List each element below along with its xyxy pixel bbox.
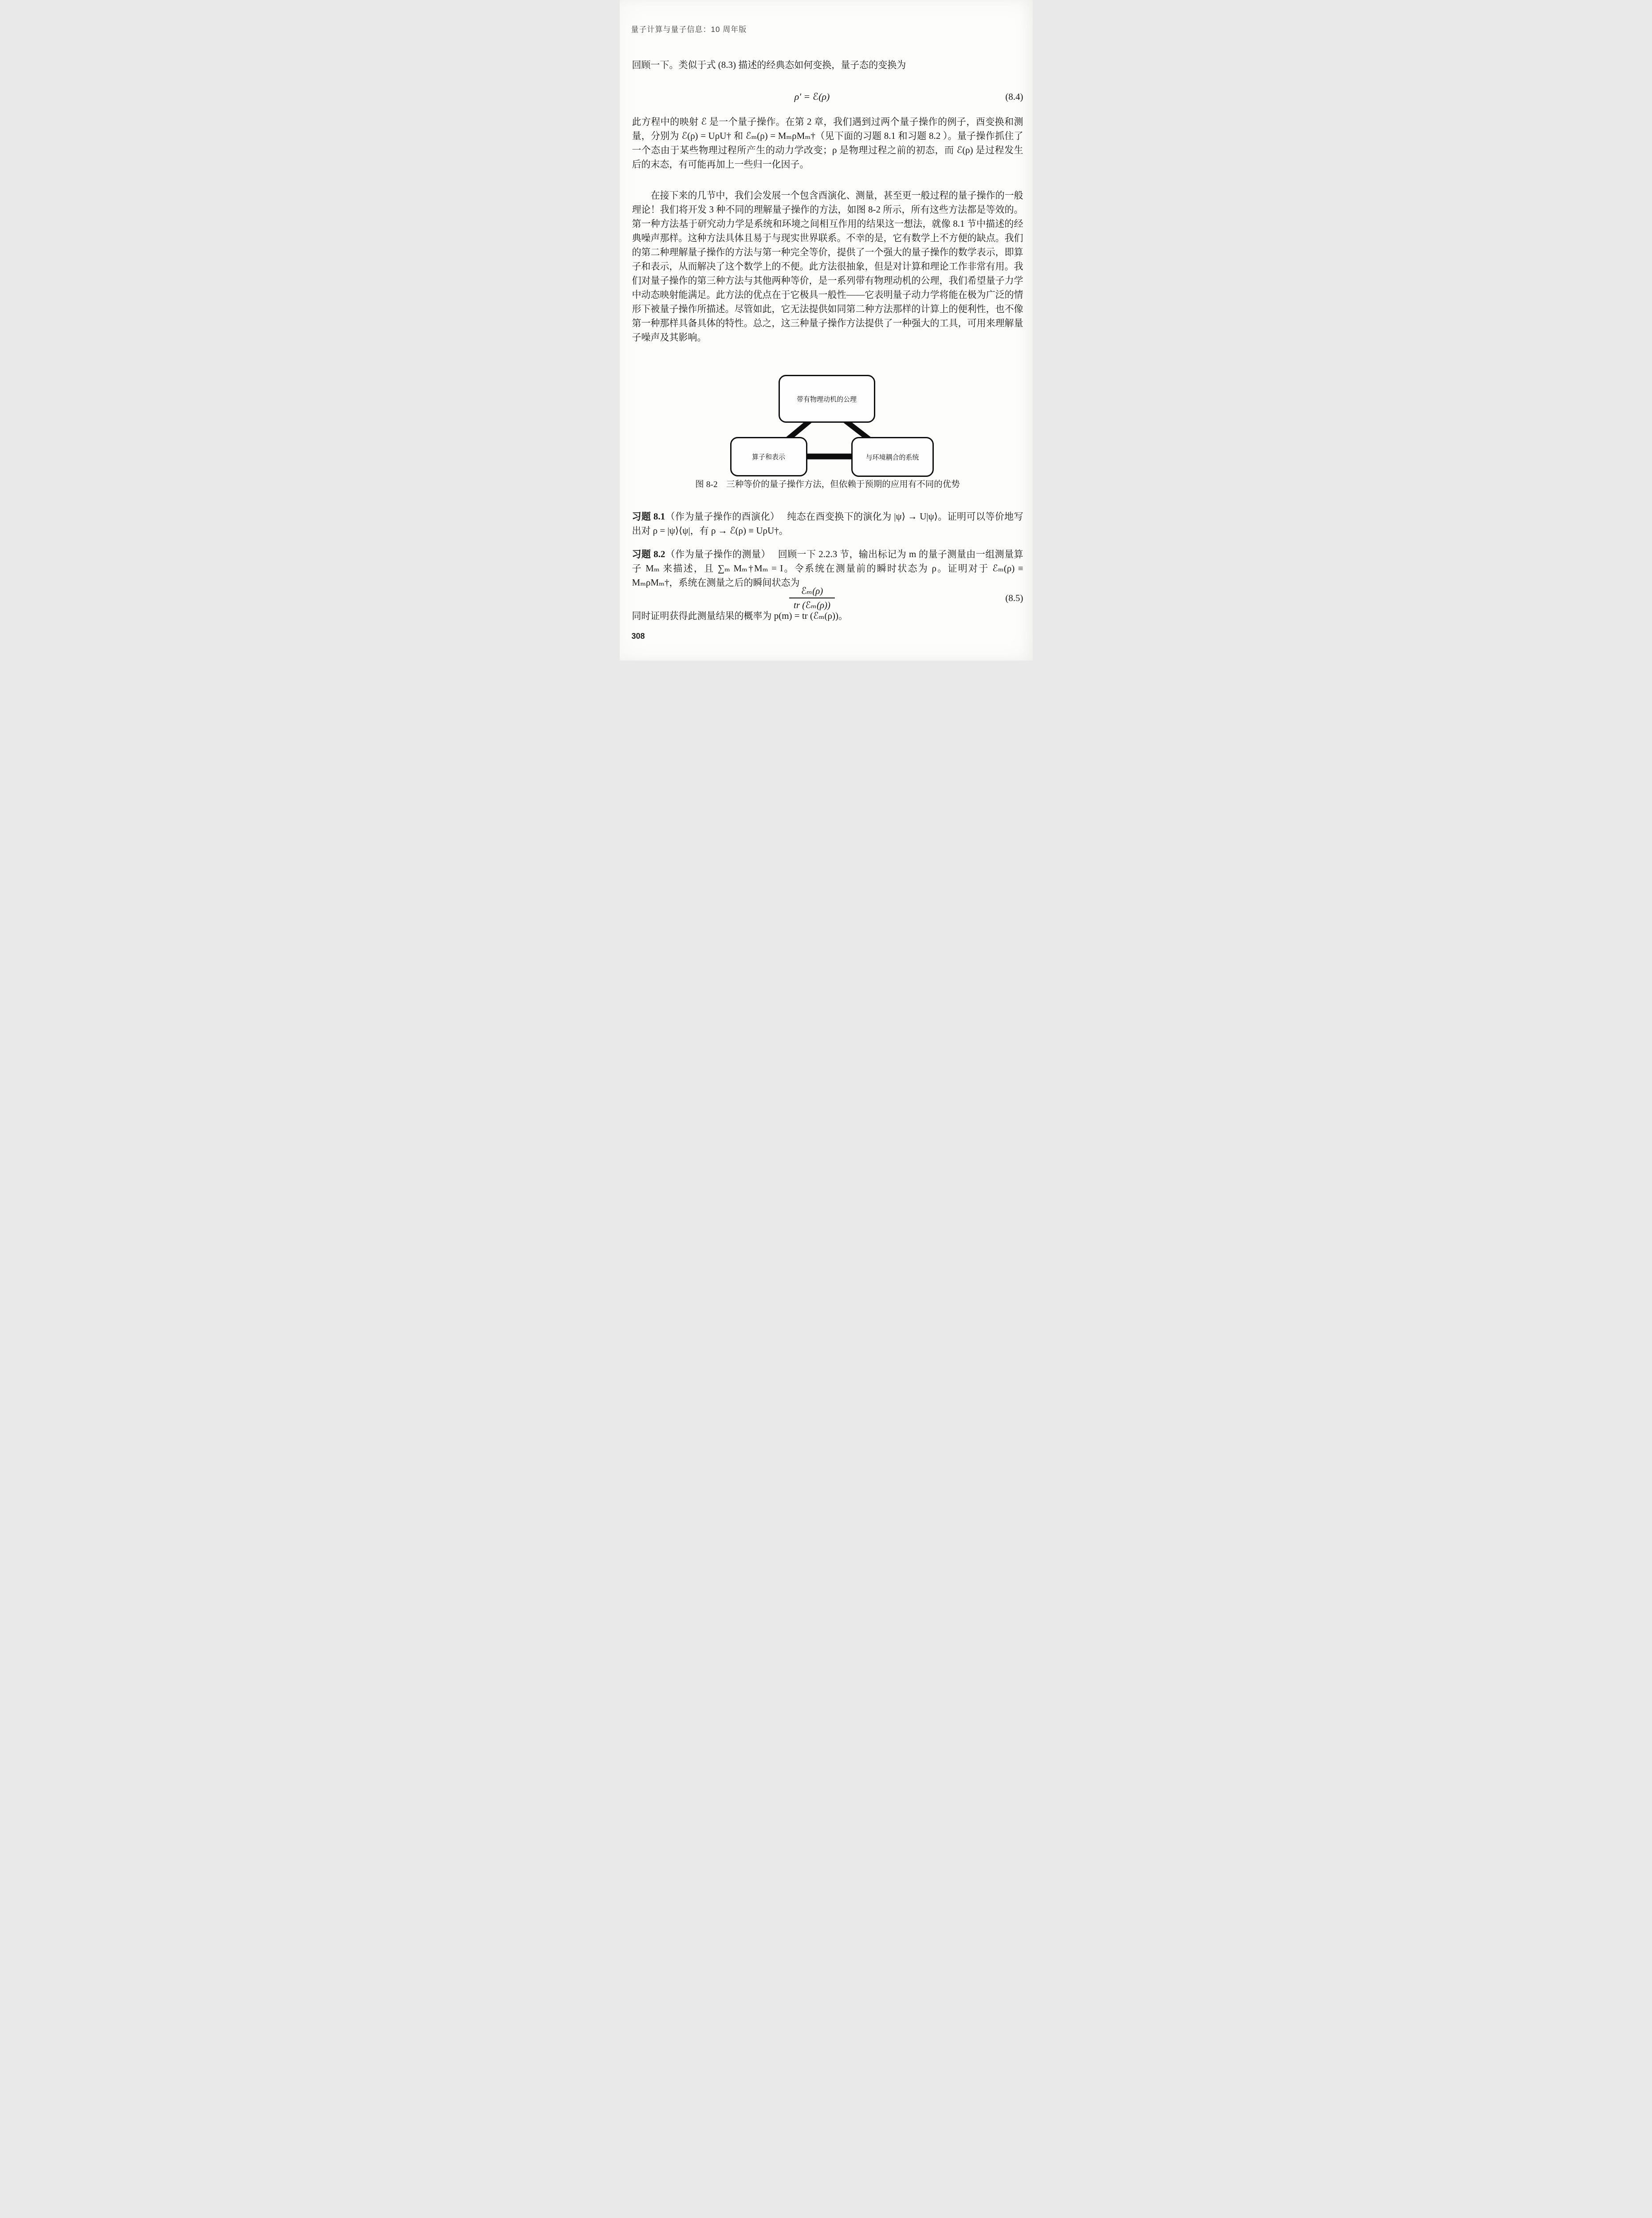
paragraph-three-approaches: 在接下来的几节中，我们会发展一个包含酉演化、测量，甚至更一般过程的量子操作的一般…	[632, 188, 1023, 346]
figure-8-2-caption: 图 8-2 三种等价的量子操作方法，但依赖于预期的应用有不同的优势	[632, 477, 1023, 490]
equation-8-5-numerator: ℰₘ(ρ)	[789, 586, 835, 598]
equation-8-5-fraction-wrap: ℰₘ(ρ) tr (ℰₘ(ρ))	[632, 586, 992, 610]
figure-box-system-environment: 与环境耦合的系统	[851, 437, 934, 477]
figure-box-operator-sum-label: 算子和表示	[752, 452, 785, 461]
running-head-title: 量子计算与量子信息：10 周年版	[631, 23, 1022, 34]
exercise-8-2-title: （作为量子操作的测量）	[665, 549, 771, 559]
equation-8-5: ℰₘ(ρ) tr (ℰₘ(ρ)) (8.5)	[632, 586, 1023, 610]
equation-8-5-number: (8.5)	[992, 593, 1023, 604]
book-page: 量子计算与量子信息：10 周年版 回顾一下。类似于式 (8.3) 描述的经典态如…	[620, 0, 1033, 661]
exercise-8-2-label: 习题 8.2	[632, 549, 665, 559]
page-number: 308	[632, 632, 645, 641]
figure-box-system-environment-label: 与环境耦合的系统	[865, 452, 919, 462]
figure-box-axioms-label: 带有物理动机的公理	[797, 394, 857, 404]
paragraph-quantum-operation: 此方程中的映射 ℰ 是一个量子操作。在第 2 章，我们遇到过两个量子操作的例子，…	[632, 114, 1023, 172]
exercise-8-1-label: 习题 8.1	[632, 511, 665, 522]
equation-8-4-body: ρ′ = ℰ(ρ)	[632, 91, 992, 102]
exercise-8-1-title: （作为量子操作的酉演化）	[665, 511, 779, 522]
figure-box-operator-sum: 算子和表示	[730, 437, 807, 476]
exercise-8-1: 习题 8.1（作为量子操作的酉演化）纯态在酉变换下的演化为 |ψ⟩ → U|ψ⟩…	[632, 509, 1023, 539]
figure-box-axioms: 带有物理动机的公理	[779, 375, 875, 423]
exercise-8-2-closing: 同时证明获得此测量结果的概率为 p(m) = tr (ℰₘ(ρ))。	[632, 609, 1023, 622]
equation-8-4-number: (8.4)	[992, 91, 1023, 102]
equation-8-5-fraction: ℰₘ(ρ) tr (ℰₘ(ρ))	[789, 586, 835, 610]
equation-8-4: ρ′ = ℰ(ρ) (8.4)	[632, 88, 1023, 106]
figure-8-2-diagram: 带有物理动机的公理 算子和表示 与环境耦合的系统	[730, 374, 935, 480]
exercise-8-2: 习题 8.2（作为量子操作的测量）回顾一下 2.2.3 节，输出标记为 m 的量…	[632, 547, 1023, 590]
paragraph-intro: 回顾一下。类似于式 (8.3) 描述的经典态如何变换，量子态的变换为	[632, 58, 1023, 72]
